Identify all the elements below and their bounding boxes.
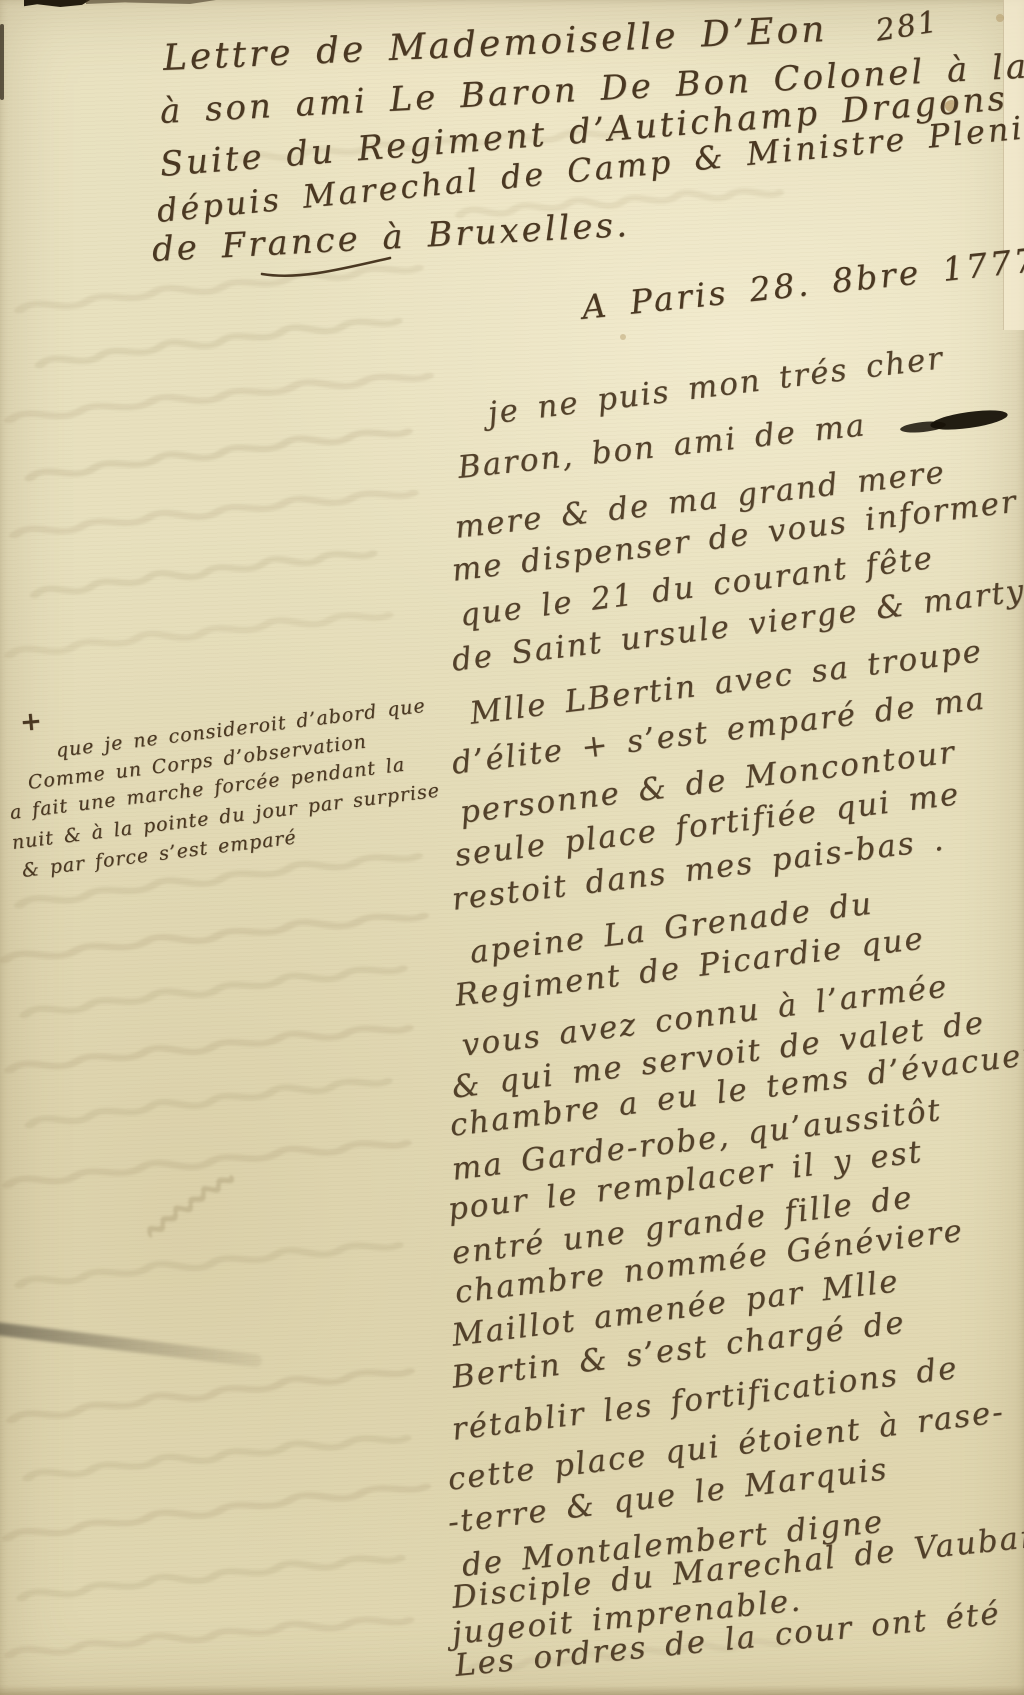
bottom-page-shadow bbox=[0, 1685, 1024, 1695]
fox-stain bbox=[996, 14, 1004, 22]
manuscript-page: 281 Lettre de Mademoiselle D’Eon à son a… bbox=[0, 0, 1024, 1695]
dark-left-edge bbox=[0, 24, 4, 100]
fox-stain bbox=[620, 334, 626, 340]
underline-flourish bbox=[258, 252, 398, 282]
margin-note-marker: + bbox=[19, 706, 43, 738]
